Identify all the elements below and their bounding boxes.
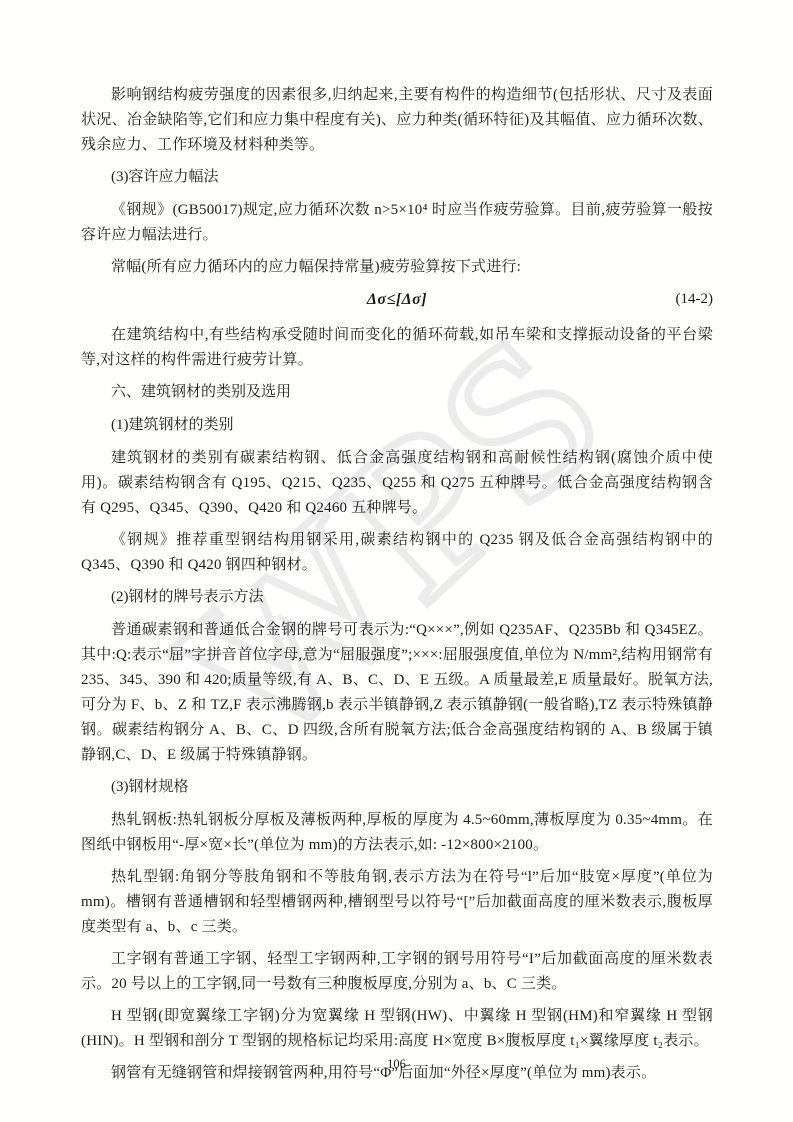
paragraph-hot-rolled-sections: 热轧型钢:角钢分等肢角钢和不等肢角钢,表示方法为在符号“l”后加“肢宽×厚度”(… [81,865,713,940]
paragraph-fatigue-factors: 影响钢结构疲劳强度的因素很多,归纳起来,主要有构件的构造细节(包括形状、尺寸及表… [81,83,713,158]
document-page: WPS 影响钢结构疲劳强度的因素很多,归纳起来,主要有构件的构造细节(包括形状、… [0,0,793,1122]
paragraph-grade-designation-detail: 普通碳素钢和普通低合金钢的牌号可表示为:“Q×××”,例如 Q235AF、Q23… [81,618,713,768]
page-number: 106 [0,1057,793,1072]
paragraph-constant-amplitude: 常幅(所有应力循环内的应力幅保持常量)疲劳验算按下式进行: [81,255,713,280]
paragraph-gb50017-rule: 《钢规》(GB50017)规定,应力循环次数 n>5×10⁴ 时应当作疲劳验算。… [81,198,713,248]
paragraph-i-beam: 工字钢有普通工字钢、轻型工字钢两种,工字钢的钢号用符号“I”后加截面高度的厘米数… [81,947,713,997]
heading-allowable-stress-range-method: (3)容许应力幅法 [81,165,713,190]
page-content: 影响钢结构疲劳强度的因素很多,归纳起来,主要有构件的构造细节(包括形状、尺寸及表… [81,83,713,1093]
heading-grade-designation-method: (2)钢材的牌号表示方法 [81,585,713,610]
heading-section-six-steel-categories: 六、建筑钢材的类别及选用 [81,380,713,405]
paragraph-steel-category-list: 建筑钢材的类别有碳素结构钢、低合金高强度结构钢和高耐候性结构钢(腐蚀介质中使用)… [81,446,713,521]
paragraph-cyclic-loads: 在建筑结构中,有些结构承受随时间而变化的循环荷载,如吊车梁和支撑振动设备的平台梁… [81,323,713,373]
formula-block: Δσ≤[Δσ] (14-2) [81,287,713,313]
paragraph-recommended-steels: 《钢规》推荐重型钢结构用钢采用,碳素结构钢中的 Q235 钢及低合金高强结构钢中… [81,528,713,578]
paragraph-h-section: H 型钢(即宽翼缘工字钢)分为宽翼缘 H 型钢(HW)、中翼缘 H 型钢(HM)… [81,1004,713,1054]
formula-expression: Δσ≤[Δσ] [81,287,713,312]
formula-number: (14-2) [676,287,714,312]
heading-steel-categories: (1)建筑钢材的类别 [81,413,713,438]
heading-steel-specifications: (3)钢材规格 [81,775,713,800]
paragraph-hot-rolled-plate: 热轧钢板:热轧钢板分厚板及薄板两种,厚板的厚度为 4.5~60mm,薄板厚度为 … [81,808,713,858]
